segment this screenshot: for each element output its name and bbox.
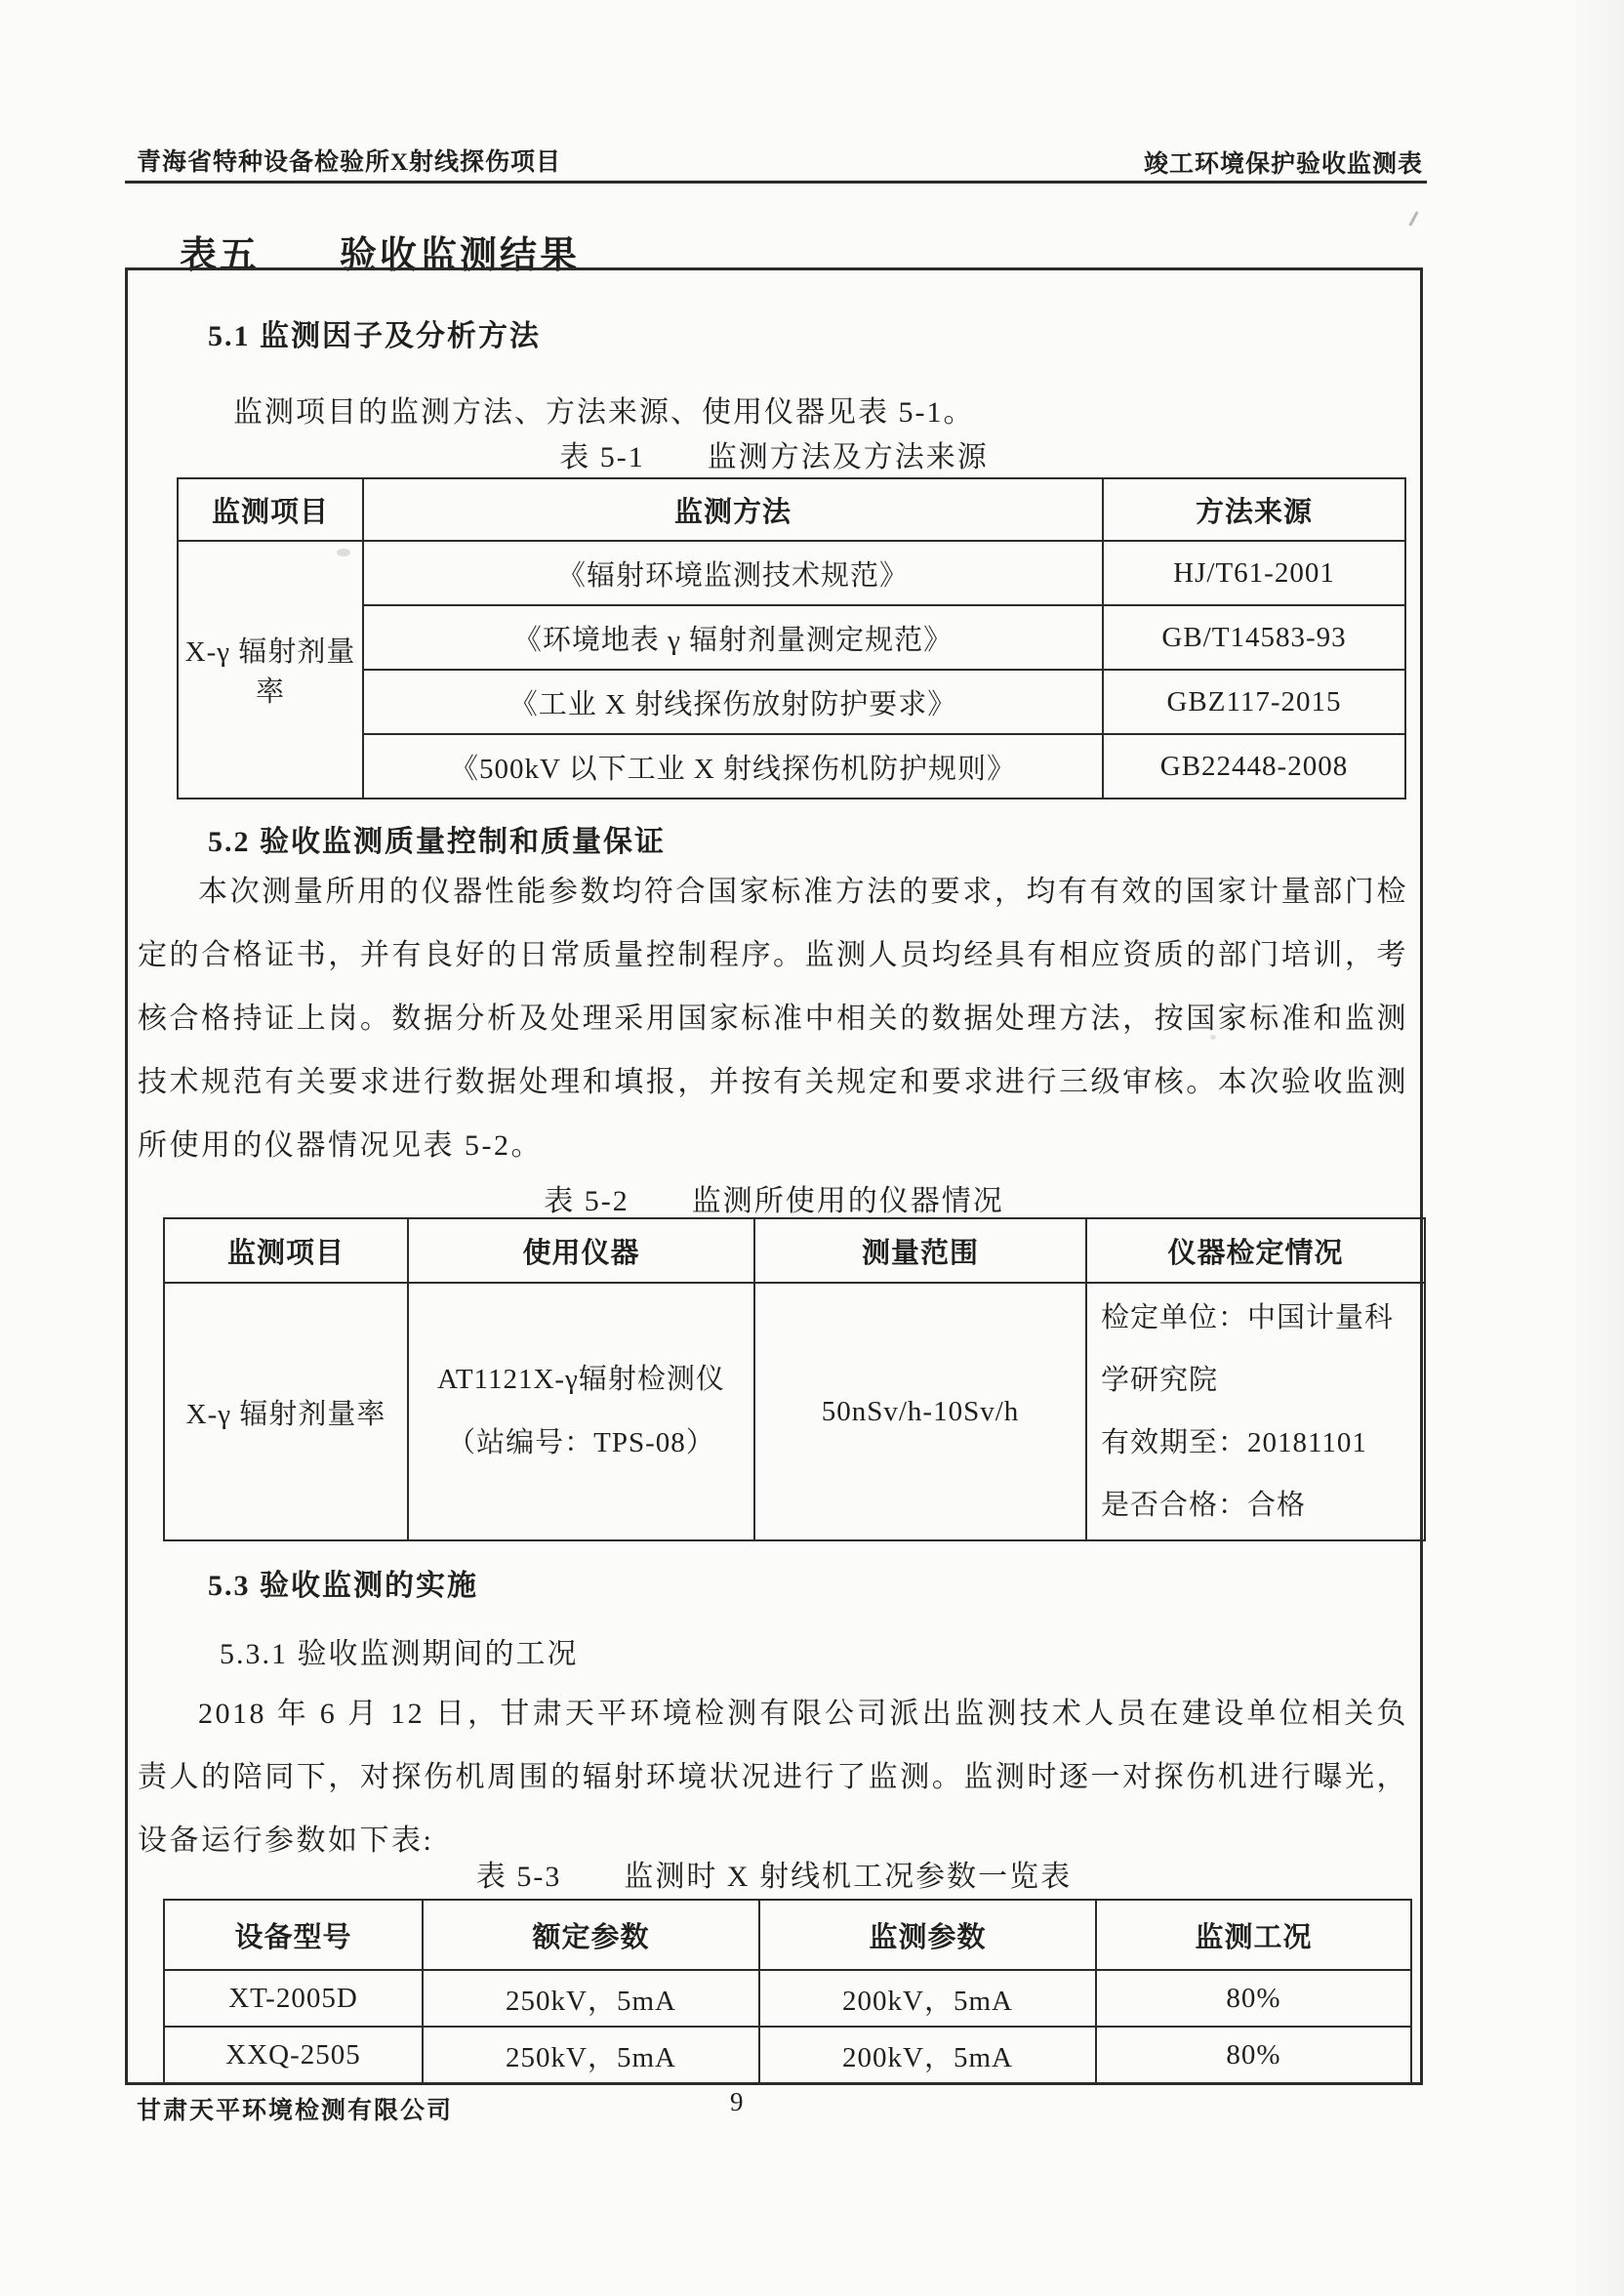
section-5-3-paragraph: 2018 年 6 月 12 日，甘肃天平环境检测有限公司派出监测技术人员在建设单…: [138, 1682, 1408, 1872]
cell-load-percent: 80%: [1096, 2027, 1411, 2083]
cell-instrument: AT1121X-γ辐射检测仪（站编号：TPS-08）: [408, 1283, 754, 1540]
calibration-line: 有效期至：20181101: [1101, 1412, 1414, 1474]
table-row: X-γ 辐射剂量率 AT1121X-γ辐射检测仪（站编号：TPS-08） 50n…: [164, 1283, 1425, 1540]
column-header-load: 监测工况: [1096, 1900, 1411, 1970]
table-row: XT-2005D 250kV，5mA 200kV，5mA 80%: [164, 1970, 1411, 2027]
cell-source: HJ/T61-2001: [1103, 541, 1405, 605]
table-row: XXQ-2505 250kV，5mA 200kV，5mA 80%: [164, 2027, 1411, 2083]
cell-monitoring-item: X-γ 辐射剂量率: [164, 1283, 408, 1540]
column-header-source: 方法来源: [1103, 478, 1405, 541]
section-5-1-heading: 5.1 监测因子及分析方法: [208, 311, 541, 354]
cell-source: GB22448-2008: [1103, 734, 1405, 799]
scan-artifact: [1408, 211, 1418, 226]
table-row: 设备型号 额定参数 监测参数 监测工况: [164, 1900, 1411, 1970]
cell-source: GB/T14583-93: [1103, 605, 1405, 670]
column-header-range: 测量范围: [754, 1218, 1086, 1283]
section-5-3-1-heading: 5.3.1 验收监测期间的工况: [220, 1629, 579, 1672]
column-header-model: 设备型号: [164, 1900, 423, 1970]
calibration-line: 是否合格：合格: [1101, 1474, 1414, 1537]
table-5-2-instruments: 监测项目 使用仪器 测量范围 仪器检定情况 X-γ 辐射剂量率 AT1121X-…: [163, 1217, 1426, 1541]
cell-measure-range: 50nSv/h-10Sv/h: [754, 1283, 1086, 1540]
cell-monitored-params: 200kV，5mA: [759, 2027, 1096, 2083]
cell-device-model: XT-2005D: [164, 1970, 423, 2027]
cell-rated-params: 250kV，5mA: [423, 2027, 759, 2083]
table-5-2-caption: 表 5-2 监测所使用的仪器情况: [128, 1176, 1420, 1219]
column-header-method: 监测方法: [363, 478, 1103, 541]
cell-method: 《辐射环境监测技术规范》: [363, 541, 1103, 605]
header-left-project-title: 青海省特种设备检验所X射线探伤项目: [137, 143, 561, 178]
column-header-item: 监测项目: [164, 1218, 408, 1283]
cell-load-percent: 80%: [1096, 1970, 1411, 2027]
footer-page-number: 9: [730, 2087, 744, 2117]
table-row: X-γ 辐射剂量率 《辐射环境监测技术规范》 HJ/T61-2001: [178, 541, 1405, 605]
cell-source: GBZ117-2015: [1103, 670, 1405, 734]
cell-monitored-params: 200kV，5mA: [759, 1970, 1096, 2027]
column-header-calibration: 仪器检定情况: [1086, 1218, 1425, 1283]
table-5-1-monitoring-methods: 监测项目 监测方法 方法来源 X-γ 辐射剂量率 《辐射环境监测技术规范》 HJ…: [177, 477, 1406, 799]
section-5-1-intro: 监测项目的监测方法、方法来源、使用仪器见表 5-1。: [233, 388, 975, 430]
cell-method: 《500kV 以下工业 X 射线探伤机防护规则》: [363, 734, 1103, 799]
table-row: 监测项目 监测方法 方法来源: [178, 478, 1405, 541]
header-right-doc-title: 竣工环境保护验收监测表: [1144, 144, 1423, 180]
section-5-2-paragraph: 本次测量所用的仪器性能参数均符合国家标准方法的要求，均有有效的国家计量部门检定的…: [138, 860, 1408, 1177]
calibration-line: 检定单位：中国计量科学研究院: [1101, 1287, 1414, 1412]
table-row: 监测项目 使用仪器 测量范围 仪器检定情况: [164, 1218, 1425, 1283]
scanned-document-page: 青海省特种设备检验所X射线探伤项目 竣工环境保护验收监测表 表五 验收监测结果 …: [0, 0, 1624, 2296]
column-header-monitored: 监测参数: [759, 1900, 1096, 1970]
section-5-2-heading: 5.2 验收监测质量控制和质量保证: [208, 817, 666, 860]
table-5-3-xray-operating-params: 设备型号 额定参数 监测参数 监测工况 XT-2005D 250kV，5mA 2…: [163, 1899, 1412, 2084]
column-header-rated: 额定参数: [423, 1900, 759, 1970]
cell-calibration-status: 检定单位：中国计量科学研究院 有效期至：20181101 是否合格：合格: [1086, 1283, 1425, 1540]
content-border-box: 5.1 监测因子及分析方法 监测项目的监测方法、方法来源、使用仪器见表 5-1。…: [125, 267, 1423, 2085]
cell-monitoring-item: X-γ 辐射剂量率: [178, 541, 363, 799]
footer-company-name: 甘肃天平环境检测有限公司: [137, 2091, 453, 2126]
table-5-3-caption: 表 5-3 监测时 X 射线机工况参数一览表: [128, 1852, 1420, 1895]
cell-method: 《环境地表 γ 辐射剂量测定规范》: [363, 605, 1103, 670]
column-header-instrument: 使用仪器: [408, 1218, 754, 1283]
cell-rated-params: 250kV，5mA: [423, 1970, 759, 2027]
cell-device-model: XXQ-2505: [164, 2027, 423, 2083]
table-5-1-caption: 表 5-1 监测方法及方法来源: [128, 432, 1420, 475]
section-5-3-heading: 5.3 验收监测的实施: [208, 1561, 478, 1604]
header-rule: [125, 181, 1427, 184]
cell-method: 《工业 X 射线探伤放射防护要求》: [363, 670, 1103, 734]
column-header-item: 监测项目: [178, 478, 363, 541]
